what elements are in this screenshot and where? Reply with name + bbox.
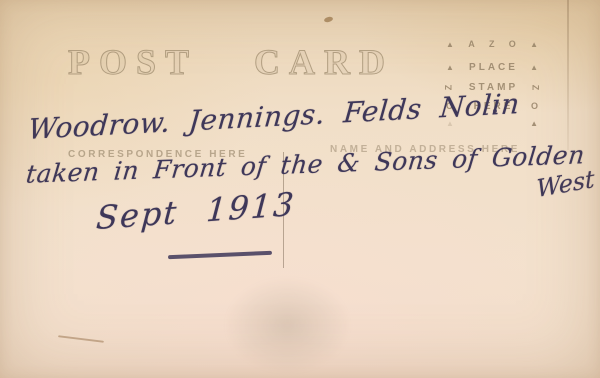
handwriting-date: Sept 1913	[95, 185, 297, 237]
triangle-icon: ▲	[446, 41, 454, 49]
brown-speck	[324, 16, 334, 23]
stamp-box-side-letter-z: Z	[531, 85, 540, 91]
triangle-icon: ▲	[530, 41, 538, 49]
stamp-box-top-row: ▲ A Z O ▲	[446, 40, 538, 49]
handwriting-line-2: taken in Front of the & Sons of Golden	[25, 140, 587, 189]
ink-dot	[493, 109, 497, 113]
crease-line	[567, 0, 569, 150]
scratch-mark	[58, 335, 104, 343]
stamp-box-side-letter-z: Z	[444, 85, 453, 91]
handwriting-line-1: Woodrow. Jennings. Felds Nolin	[27, 87, 521, 146]
triangle-icon: ▲	[530, 120, 538, 128]
stain-smudge	[225, 278, 350, 373]
stamp-box-letter-a: A	[468, 40, 475, 49]
date-underline	[168, 251, 272, 260]
postcard-title: POSTCARD	[68, 41, 368, 83]
stamp-box-letter-o: O	[509, 40, 516, 49]
title-word-card: CARD	[254, 42, 394, 82]
triangle-icon: ▲	[530, 64, 538, 72]
postcard-back: POSTCARD ▲ A Z O ▲ ▲ PLACE ▲ Z STAMP Z O…	[0, 0, 600, 378]
triangle-icon: ▲	[446, 64, 454, 72]
stamp-box-place-label: PLACE	[466, 62, 518, 73]
stamp-box-place-row: ▲ PLACE ▲	[446, 62, 538, 73]
title-word-post: POST	[68, 42, 198, 82]
stamp-box-letter-z: Z	[489, 40, 495, 49]
stamp-box-side-letter-o: O	[531, 102, 538, 111]
